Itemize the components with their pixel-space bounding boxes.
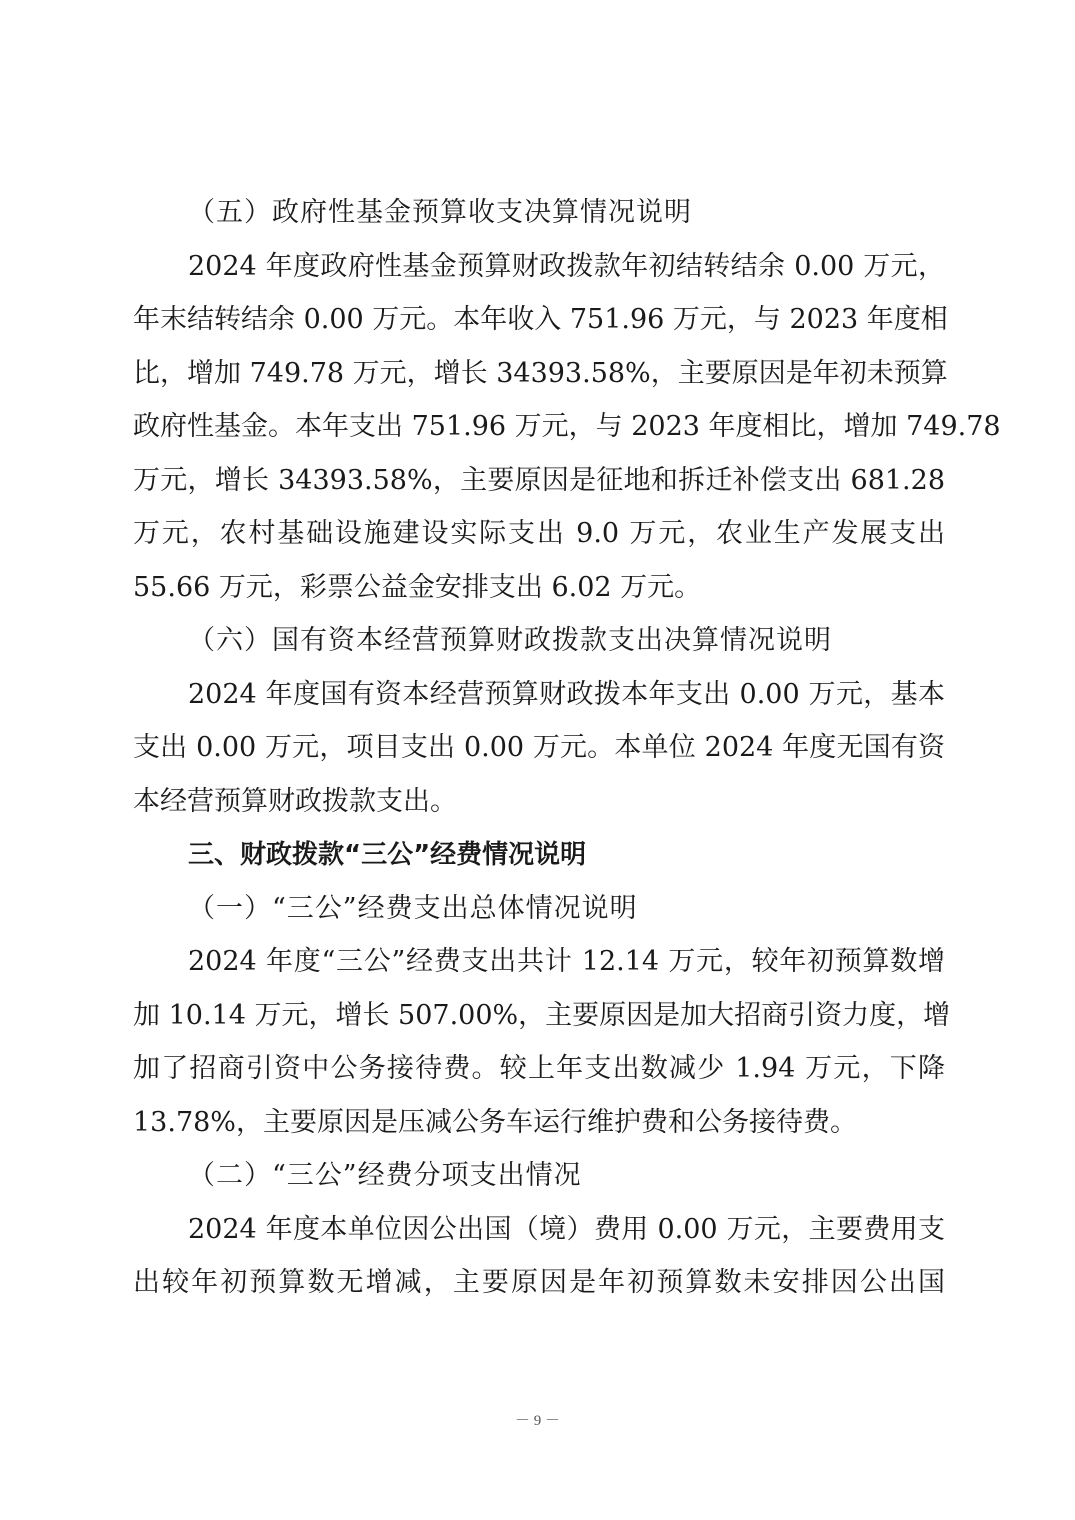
paragraph-line: 2024 年度政府性基金预算财政拨款年初结转结余 0.00 万元， (188, 247, 945, 287)
page-number: － 9 － (0, 1409, 1075, 1430)
paragraph-line: 加了招商引资中公务接待费。较上年支出数减少 1.94 万元，下降 (133, 1049, 945, 1089)
paragraph-line: 2024 年度“三公”经费支出共计 12.14 万元，较年初预算数增 (188, 942, 945, 982)
paragraph-line: 出较年初预算数无增减，主要原因是年初预算数未安排因公出国 (133, 1263, 945, 1303)
paragraph-line: 本经营预算财政拨款支出。 (133, 782, 945, 822)
paragraph-line: 万元，增长 34393.58%，主要原因是征地和拆迁补偿支出 681.28 (133, 461, 945, 501)
paragraph-line: 政府性基金。本年支出 751.96 万元，与 2023 年度相比，增加 749.… (133, 407, 945, 447)
paragraph-line: 加 10.14 万元，增长 507.00%，主要原因是加大招商引资力度，增 (133, 996, 945, 1036)
paragraph-line: 年末结转结余 0.00 万元。本年收入 751.96 万元，与 2023 年度相 (133, 300, 945, 340)
paragraph-line: 2024 年度国有资本经营预算财政拨本年支出 0.00 万元，基本 (188, 675, 945, 715)
document-page: （五）政府性基金预算收支决算情况说明 2024 年度政府性基金预算财政拨款年初结… (0, 0, 1075, 1520)
paragraph-line: 万元，农村基础设施建设实际支出 9.0 万元，农业生产发展支出 (133, 514, 945, 554)
section-heading-gov-fund: （五）政府性基金预算收支决算情况说明 (188, 193, 692, 233)
paragraph-line: 55.66 万元，彩票公益金安排支出 6.02 万元。 (133, 568, 945, 608)
section-heading-state-capital: （六）国有资本经营预算财政拨款支出决算情况说明 (188, 621, 832, 661)
section-heading-three-public-overall: （一）“三公”经费支出总体情况说明 (188, 889, 638, 929)
paragraph-line: 支出 0.00 万元，项目支出 0.00 万元。本单位 2024 年度无国有资 (133, 728, 945, 768)
paragraph-line: 13.78%，主要原因是压减公务车运行维护费和公务接待费。 (133, 1103, 945, 1143)
chapter-heading-three-public: 三、财政拨款“三公”经费情况说明 (188, 835, 586, 875)
paragraph-line: 2024 年度本单位因公出国（境）费用 0.00 万元，主要费用支 (188, 1210, 945, 1250)
paragraph-line: 比，增加 749.78 万元，增长 34393.58%，主要原因是年初未预算 (133, 354, 945, 394)
section-heading-three-public-itemized: （二）“三公”经费分项支出情况 (188, 1156, 582, 1196)
